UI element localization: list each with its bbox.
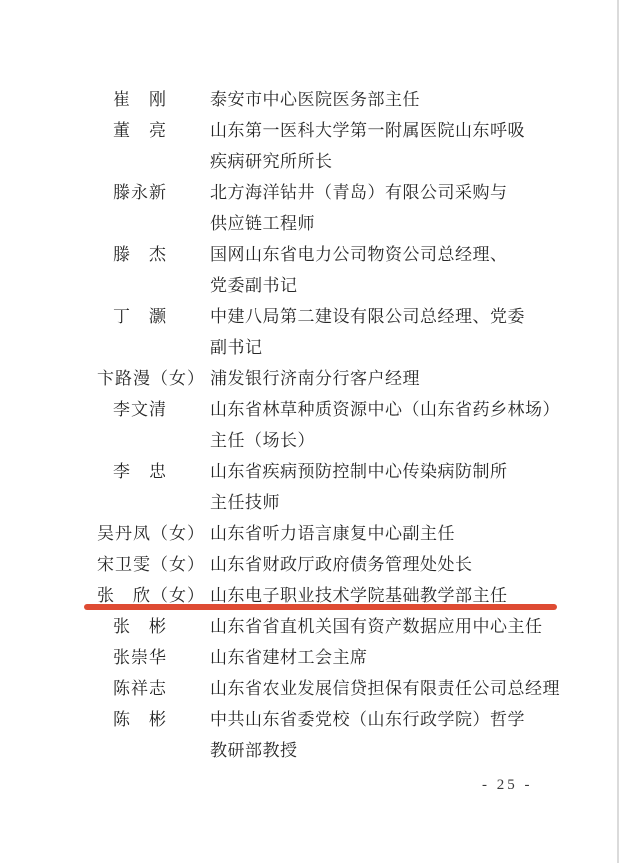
person-name: 张 彬	[97, 611, 210, 642]
person-title-line: 北方海洋钻井（青岛）有限公司采购与	[210, 177, 625, 208]
roster-row: 张崇华 山东省建材工会主席	[0, 642, 625, 673]
person-name: 吴丹凤（女）	[97, 518, 210, 549]
person-titles: 中共山东省委党校（山东行政学院）哲学教研部教授	[210, 704, 625, 766]
person-titles: 中建八局第二建设有限公司总经理、党委副书记	[210, 301, 625, 363]
person-title-line: 山东省疾病预防控制中心传染病防制所	[210, 456, 625, 487]
roster-list: 崔 刚 泰安市中心医院医务部主任 董 亮 山东第一医科大学第一附属医院山东呼吸疾…	[0, 84, 625, 766]
person-title-line: 教研部教授	[210, 735, 625, 766]
person-title-line: 副书记	[210, 332, 625, 363]
highlight-underline	[84, 604, 557, 610]
person-title-line: 主任（场长）	[210, 425, 625, 456]
person-titles: 山东省财政厅政府债务管理处处长	[210, 549, 625, 580]
person-title-line: 山东省省直机关国有资产数据应用中心主任	[210, 611, 625, 642]
person-titles: 泰安市中心医院医务部主任	[210, 84, 625, 115]
roster-row: 张 欣（女） 山东电子职业技术学院基础教学部主任	[0, 580, 625, 611]
person-titles: 北方海洋钻井（青岛）有限公司采购与供应链工程师	[210, 177, 625, 239]
person-name: 滕 杰	[97, 239, 210, 270]
person-titles: 山东省农业发展信贷担保有限责任公司总经理	[210, 673, 625, 704]
person-title-line: 山东第一医科大学第一附属医院山东呼吸	[210, 115, 625, 146]
roster-row: 陈祥志 山东省农业发展信贷担保有限责任公司总经理	[0, 673, 625, 704]
person-title-line: 主任技师	[210, 487, 625, 518]
roster-row: 滕永新 北方海洋钻井（青岛）有限公司采购与供应链工程师	[0, 177, 625, 239]
person-titles: 山东省省直机关国有资产数据应用中心主任	[210, 611, 625, 642]
person-titles: 山东省听力语言康复中心副主任	[210, 518, 625, 549]
person-title-line: 山东省农业发展信贷担保有限责任公司总经理	[210, 673, 625, 704]
person-title-line: 浦发银行济南分行客户经理	[210, 363, 625, 394]
person-title-line: 中共山东省委党校（山东行政学院）哲学	[210, 704, 625, 735]
person-name: 陈 彬	[97, 704, 210, 735]
person-name: 丁 灏	[97, 301, 210, 332]
person-name: 李 忠	[97, 456, 210, 487]
person-title-line: 山东省林草种质资源中心（山东省药乡林场）	[210, 394, 625, 425]
person-name: 卞路漫（女）	[97, 363, 210, 394]
page-number: - 25 -	[482, 777, 533, 794]
person-titles: 山东第一医科大学第一附属医院山东呼吸疾病研究所所长	[210, 115, 625, 177]
person-title-line: 山东省听力语言康复中心副主任	[210, 518, 625, 549]
person-title-line: 国网山东省电力公司物资公司总经理、	[210, 239, 625, 270]
roster-row: 卞路漫（女） 浦发银行济南分行客户经理	[0, 363, 625, 394]
person-titles: 山东省建材工会主席	[210, 642, 625, 673]
roster-row: 宋卫雯（女） 山东省财政厅政府债务管理处处长	[0, 549, 625, 580]
document-page: 崔 刚 泰安市中心医院医务部主任 董 亮 山东第一医科大学第一附属医院山东呼吸疾…	[0, 0, 625, 863]
person-name: 滕永新	[97, 177, 210, 208]
person-name: 宋卫雯（女）	[97, 549, 210, 580]
person-name: 陈祥志	[97, 673, 210, 704]
person-title-line: 山东省建材工会主席	[210, 642, 625, 673]
person-name: 崔 刚	[97, 84, 210, 115]
roster-row: 吴丹凤（女） 山东省听力语言康复中心副主任	[0, 518, 625, 549]
person-titles: 国网山东省电力公司物资公司总经理、党委副书记	[210, 239, 625, 301]
roster-row: 张 彬 山东省省直机关国有资产数据应用中心主任	[0, 611, 625, 642]
roster-row: 李 忠 山东省疾病预防控制中心传染病防制所主任技师	[0, 456, 625, 518]
roster-row: 滕 杰 国网山东省电力公司物资公司总经理、党委副书记	[0, 239, 625, 301]
person-titles: 山东省林草种质资源中心（山东省药乡林场）主任（场长）	[210, 394, 625, 456]
roster-row: 丁 灏 中建八局第二建设有限公司总经理、党委副书记	[0, 301, 625, 363]
roster-row: 董 亮 山东第一医科大学第一附属医院山东呼吸疾病研究所所长	[0, 115, 625, 177]
roster-row: 陈 彬 中共山东省委党校（山东行政学院）哲学教研部教授	[0, 704, 625, 766]
person-name: 张崇华	[97, 642, 210, 673]
person-title-line: 供应链工程师	[210, 208, 625, 239]
person-titles: 山东省疾病预防控制中心传染病防制所主任技师	[210, 456, 625, 518]
person-title-line: 山东省财政厅政府债务管理处处长	[210, 549, 625, 580]
roster-row: 崔 刚 泰安市中心医院医务部主任	[0, 84, 625, 115]
person-titles: 浦发银行济南分行客户经理	[210, 363, 625, 394]
person-name: 董 亮	[97, 115, 210, 146]
person-name: 李文清	[97, 394, 210, 425]
page-edge-shadow	[617, 0, 619, 863]
person-title-line: 中建八局第二建设有限公司总经理、党委	[210, 301, 625, 332]
person-title-line: 党委副书记	[210, 270, 625, 301]
roster-row: 李文清 山东省林草种质资源中心（山东省药乡林场）主任（场长）	[0, 394, 625, 456]
person-title-line: 泰安市中心医院医务部主任	[210, 84, 625, 115]
person-title-line: 疾病研究所所长	[210, 146, 625, 177]
